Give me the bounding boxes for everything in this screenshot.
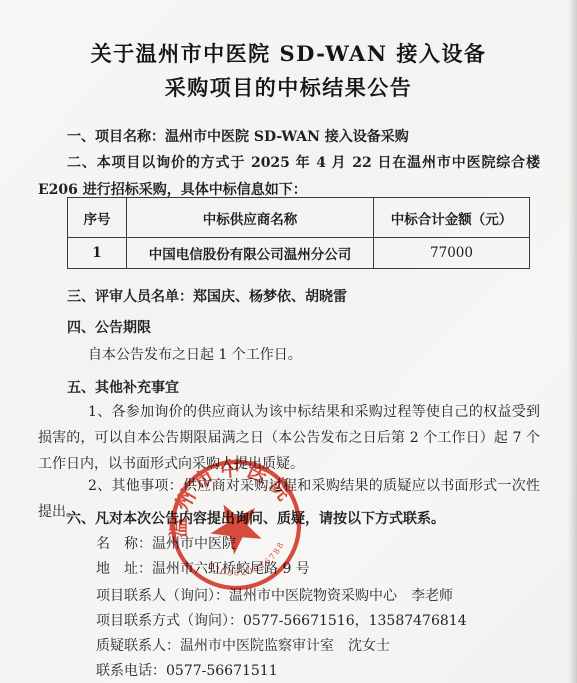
document-title-line1: 关于温州市中医院 SD-WAN 接入设备 (0, 38, 577, 68)
contact-phone: 联系电话：0577-56671511 (96, 660, 278, 680)
section-procurement-method: 二、本项目以询价的方式于 2025 年 4 月 22 日在温州市中医院综合楼 E… (38, 150, 540, 204)
scanned-announcement-document: 关于温州市中医院 SD-WAN 接入设备 采购项目的中标结果公告 一、项目名称：… (0, 0, 577, 683)
section-project-name: 一、项目名称：温州市中医院 SD-WAN 接入设备采购 (38, 124, 540, 150)
seal-code-text: 3303020016788 (204, 537, 292, 587)
table-row: 1 中国电信股份有限公司温州分公司 77000 (68, 238, 530, 269)
official-seal: 温州市中医院 3303020016788 (162, 451, 310, 599)
header-serial-no: 序号 (68, 198, 127, 238)
scan-edge-shadow (568, 0, 577, 683)
section-review-panel: 三、评审人员名单：郑国庆、杨梦依、胡晓雷 (38, 284, 540, 310)
section-announcement-period-body: 自本公告发布之日起 1 个工作日。 (38, 342, 540, 368)
header-supplier-name: 中标供应商名称 (127, 198, 374, 238)
cell-total-amount: 77000 (374, 238, 530, 269)
document-title-line2: 采购项目的中标结果公告 (0, 72, 577, 102)
bid-result-table: 序号 中标供应商名称 中标合计金额（元） 1 中国电信股份有限公司温州分公司 7… (67, 197, 530, 269)
cell-supplier-name: 中国电信股份有限公司温州分公司 (127, 238, 374, 269)
contact-project-phone: 项目联系方式（询问）：0577-56671516，13587476814 (96, 610, 467, 630)
table-header-row: 序号 中标供应商名称 中标合计金额（元） (68, 198, 530, 238)
header-total-amount: 中标合计金额（元） (374, 198, 530, 238)
seal-star-icon (201, 492, 270, 560)
contact-challenge-person: 质疑联系人：温州市中医院监察审计室 沈女士 (96, 635, 390, 655)
section-supplementary-heading: 五、其他补充事宜 (38, 375, 540, 401)
cell-serial-no: 1 (68, 238, 127, 269)
section-announcement-period-heading: 四、公告期限 (38, 315, 540, 341)
